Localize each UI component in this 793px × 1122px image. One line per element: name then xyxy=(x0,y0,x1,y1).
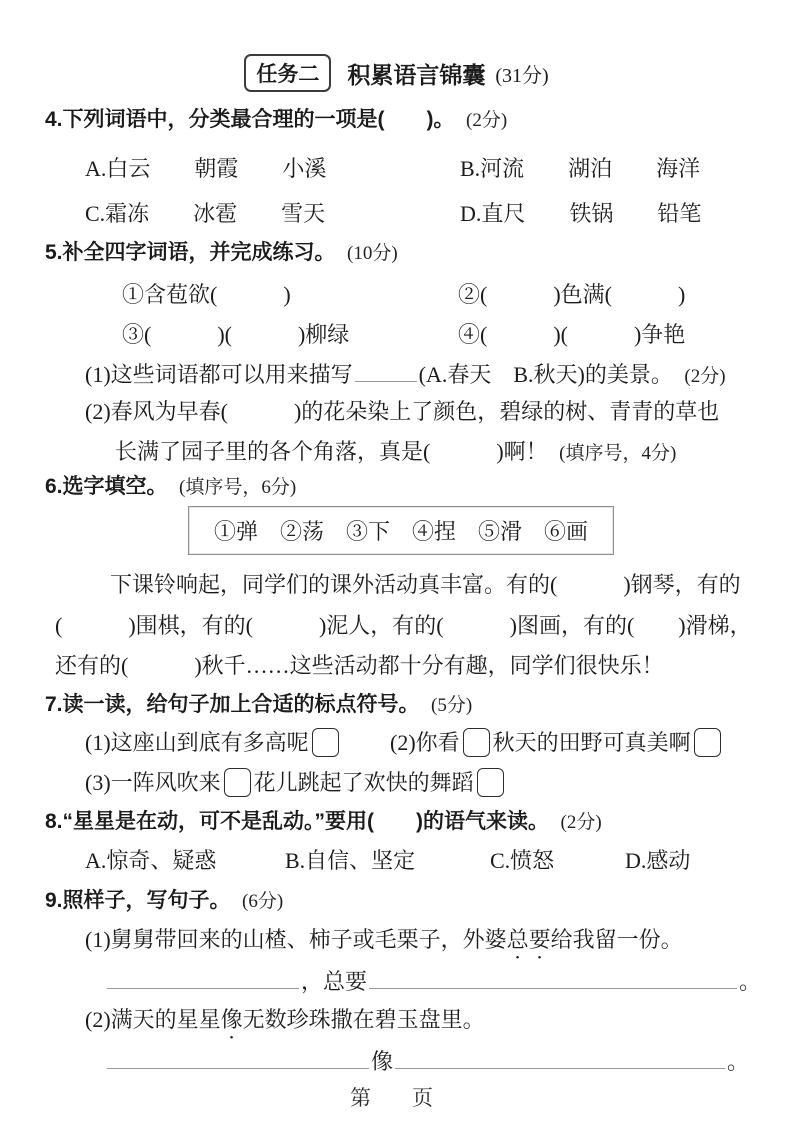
q9-ans2-mid: 像 xyxy=(371,1049,393,1074)
q9-ans1-mid: ，总要 xyxy=(301,969,367,994)
q4-option-a: A.白云 朝霞 小溪 xyxy=(85,154,326,184)
q8-option-a: A.惊奇、疑惑 xyxy=(85,846,216,876)
q5-sub1-text: (1)这些词语都可以用来描写 xyxy=(85,362,353,387)
q5-sub1-line: (1)这些词语都可以用来描写(A.春天 B.秋天)的美景。 (2分) xyxy=(85,357,726,392)
q9-ex1-pre: (1)舅舅带回来的山楂、柿子或毛栗子，外婆 xyxy=(85,927,507,952)
q9-ex1-emphasis: 总要 xyxy=(507,927,551,952)
q5-idiom-4: ④( )( )争艳 xyxy=(458,320,685,350)
q6-choices: ①弹 ②荡 ③下 ④捏 ⑤滑 ⑥画 xyxy=(214,515,588,546)
q9-ans2-end: 。 xyxy=(727,1049,749,1074)
q7-stem-line: 7.读一读，给句子加上合适的标点符号。 (5分) xyxy=(45,689,472,721)
section-score: (31分) xyxy=(495,65,548,87)
q5-sub2-score: (填序号，4分) xyxy=(559,443,676,464)
q9-ex2-pre: (2)满天的星星 xyxy=(85,1007,221,1032)
q8-stem-line: 8.“星星是在动，可不是乱动。”要用( )的语气来读。 (2分) xyxy=(45,806,602,838)
q6-score: (填序号，6分) xyxy=(179,477,296,498)
q5-stem: 5.补全四字词语，并完成练习。 xyxy=(45,241,336,264)
q5-score: (10分) xyxy=(347,243,398,264)
q4-stem-line: 4.下列词语中，分类最合理的一项是( )。 (2分) xyxy=(45,104,507,136)
q7-score: (5分) xyxy=(431,695,472,716)
q9-stem-line: 9.照样子，写句子。 (6分) xyxy=(45,885,283,917)
q7-s2-pre: (2)你看 xyxy=(390,730,460,755)
punctuation-box[interactable] xyxy=(463,728,490,757)
q7-s1-text: (1)这座山到底有多高呢 xyxy=(85,730,309,755)
exam-page: 任务二 积累语言锦囊 (31分) 4.下列词语中，分类最合理的一项是( )。 (… xyxy=(0,0,793,1122)
q4-option-d: D.直尺 铁锅 铅笔 xyxy=(460,199,701,229)
q8-option-c: C.愤怒 xyxy=(490,846,554,876)
q4-option-c: C.霜冻 冰雹 雪天 xyxy=(85,199,325,229)
q4-option-b: B.河流 湖泊 海洋 xyxy=(460,154,700,184)
q6-passage-line3: 还有的( )秋千……这些活动都十分有趣，同学们很快乐！ xyxy=(55,651,664,681)
q9-ex2-post: 无数珍珠撒在碧玉盘里。 xyxy=(243,1007,485,1032)
punctuation-box[interactable] xyxy=(694,728,721,757)
q7-sentence-2: (2)你看秋天的田野可真美啊 xyxy=(390,728,724,758)
q6-stem: 6.选字填空。 xyxy=(45,475,168,498)
q5-sub1-rest: (A.春天 B.秋天)的美景。 xyxy=(419,362,673,387)
q5-idiom-2: ②( )色满( ) xyxy=(458,280,685,310)
q4-stem: 4.下列词语中，分类最合理的一项是( )。 xyxy=(45,108,455,131)
q5-sub2-line2: 长满了园子里的各个角落，真是( )啊！ (填序号，4分) xyxy=(115,437,676,469)
answer-blank[interactable] xyxy=(355,357,417,382)
q7-sentence-3: (3)一阵风吹来花儿跳起了欢快的舞蹈 xyxy=(85,768,507,798)
q9-example-2: (2)满天的星星像无数珍珠撒在碧玉盘里。 xyxy=(85,1005,485,1044)
q9-stem: 9.照样子，写句子。 xyxy=(45,889,231,912)
answer-blank[interactable] xyxy=(369,964,737,989)
answer-blank[interactable] xyxy=(107,1044,369,1069)
q9-ans1-end: 。 xyxy=(739,969,761,994)
answer-blank[interactable] xyxy=(395,1044,725,1069)
q8-option-d: D.感动 xyxy=(625,846,690,876)
q5-stem-line: 5.补全四字词语，并完成练习。 (10分) xyxy=(45,237,398,269)
task-badge: 任务二 xyxy=(244,54,331,92)
punctuation-box[interactable] xyxy=(477,768,504,797)
q5-sub2-line1: (2)春风为早春( )的花朵染上了颜色，碧绿的树、青青的草也 xyxy=(85,397,719,427)
q5-idiom-3: ③( )( )柳绿 xyxy=(122,320,349,350)
q5-sub2-text: 长满了园子里的各个角落，真是( )啊！ xyxy=(115,439,548,464)
section-title: 积累语言锦囊 xyxy=(347,62,485,88)
q6-passage-line1: 下课铃响起，同学们的课外活动真丰富。有的( )钢琴，有的 xyxy=(110,570,741,600)
q8-score: (2分) xyxy=(561,812,602,833)
punctuation-box[interactable] xyxy=(312,728,339,757)
q9-score: (6分) xyxy=(242,891,283,912)
page-footer: 第 页 xyxy=(0,1082,793,1112)
q9-answer-line-2: 像。 xyxy=(105,1044,749,1077)
q9-answer-line-1: ，总要。 xyxy=(105,964,761,997)
q6-passage-line2: ( )围棋，有的( )泥人，有的( )图画，有的( )滑梯， xyxy=(55,611,752,641)
q7-s3-post: 花儿跳起了欢快的舞蹈 xyxy=(254,770,474,795)
q6-stem-line: 6.选字填空。 (填序号，6分) xyxy=(45,471,296,503)
q5-idiom-1: ①含苞欲( ) xyxy=(122,280,291,310)
q6-choice-box: ①弹 ②荡 ③下 ④捏 ⑤滑 ⑥画 xyxy=(188,506,614,555)
q7-stem: 7.读一读，给句子加上合适的标点符号。 xyxy=(45,693,420,716)
q7-s2-post: 秋天的田野可真美啊 xyxy=(493,730,691,755)
punctuation-box[interactable] xyxy=(224,768,251,797)
q8-stem: 8.“星星是在动，可不是乱动。”要用( )的语气来读。 xyxy=(45,810,549,833)
q7-s3-pre: (3)一阵风吹来 xyxy=(85,770,221,795)
section-header: 任务二 积累语言锦囊 (31分) xyxy=(0,54,793,92)
q4-score: (2分) xyxy=(466,110,507,131)
q8-option-b: B.自信、坚定 xyxy=(285,846,415,876)
q9-ex2-emphasis: 像 xyxy=(221,1007,243,1032)
q5-sub1-score: (2分) xyxy=(684,366,725,387)
q9-example-1: (1)舅舅带回来的山楂、柿子或毛栗子，外婆总要给我留一份。 xyxy=(85,925,683,964)
q7-sentence-1: (1)这座山到底有多高呢 xyxy=(85,728,342,758)
answer-blank[interactable] xyxy=(107,964,299,989)
q9-ex1-post: 给我留一份。 xyxy=(551,927,683,952)
